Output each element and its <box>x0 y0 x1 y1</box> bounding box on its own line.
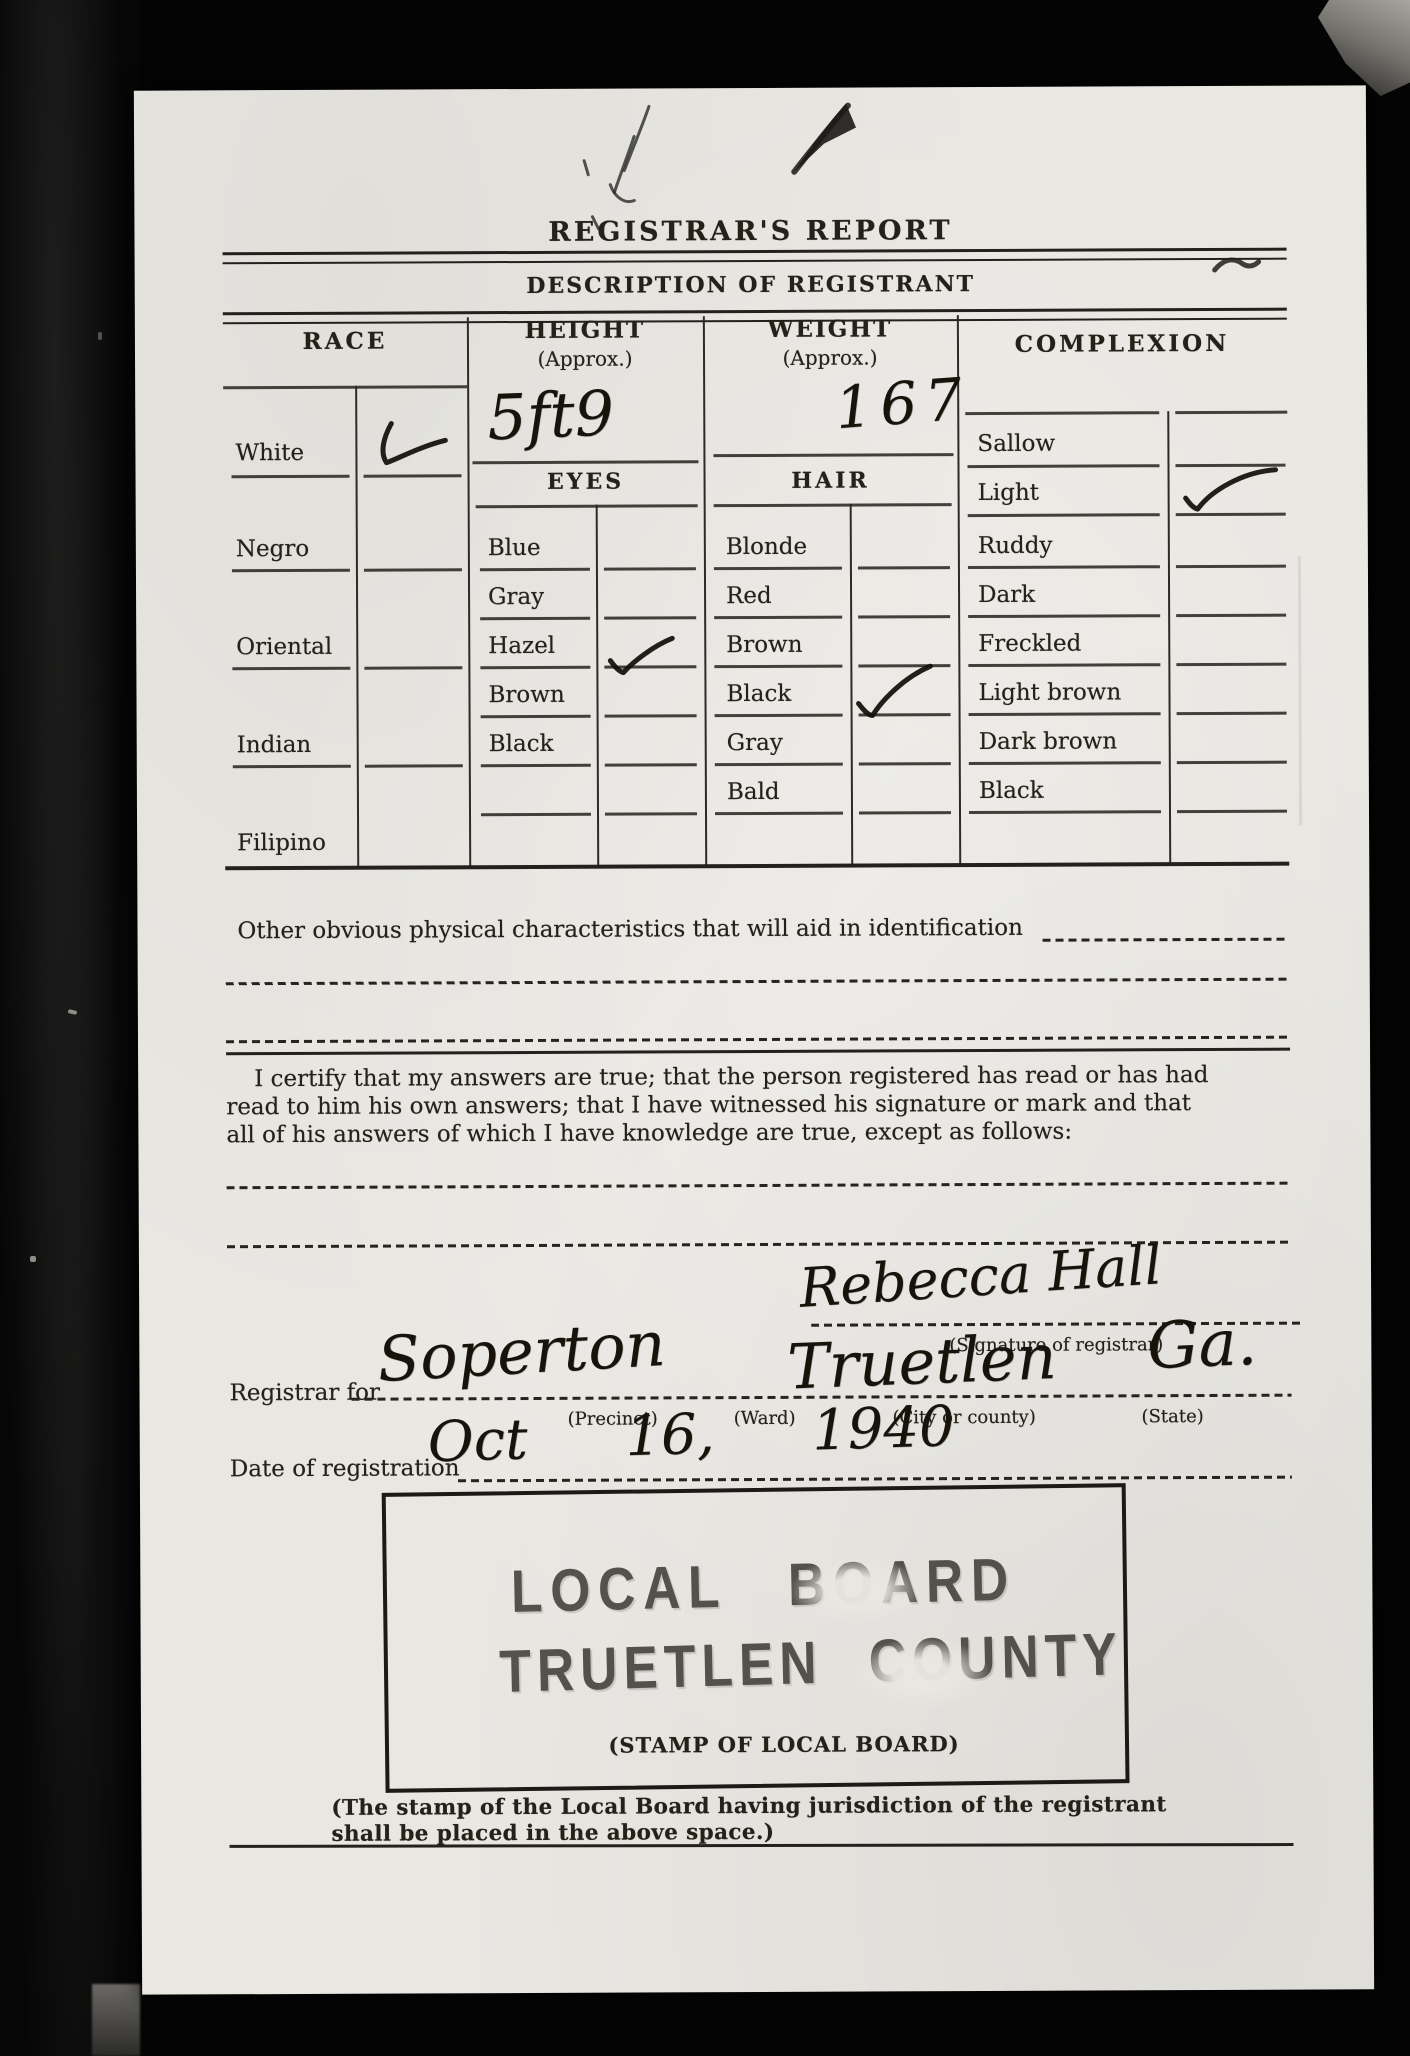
cell-line <box>714 665 842 669</box>
cell-line <box>1176 614 1286 617</box>
eyes-option-brown: Brown <box>488 682 564 708</box>
title-rule <box>223 248 1287 265</box>
cell-line <box>858 615 950 618</box>
other-characteristics-fill-line <box>1043 938 1288 942</box>
eyes-header-underline <box>476 504 698 508</box>
race-option-white: White <box>235 440 304 466</box>
cell-line <box>364 666 462 669</box>
certification-line: all of his answers of which I have knowl… <box>226 1119 1072 1149</box>
hair-option-black: Black <box>726 681 791 707</box>
complexion-option-light: Light <box>978 480 1040 506</box>
weight-header: WEIGHT <box>703 315 957 343</box>
complexion-option-light-brown: Light brown <box>978 679 1121 706</box>
cell-line <box>232 475 350 479</box>
cell-line <box>714 567 842 571</box>
race-check-divider <box>355 386 359 868</box>
height-approx-label: (Approx.) <box>467 346 703 371</box>
complexion-header: COMPLEXION <box>957 330 1287 358</box>
cell-line <box>715 763 843 767</box>
eyes-option-black: Black <box>489 731 554 757</box>
bottom-rule <box>230 1843 1294 1848</box>
cell-line <box>481 715 591 718</box>
race-option-indian: Indian <box>237 732 312 758</box>
stamp-fade-smudge <box>829 1625 1014 1724</box>
section-divider-rule <box>226 1048 1290 1056</box>
race-header: RACE <box>223 327 467 355</box>
light-complexion-checkmark <box>1177 462 1281 514</box>
cell-line <box>859 811 951 814</box>
cell-line <box>480 666 590 669</box>
eyes-option-blue: Blue <box>488 535 541 561</box>
cell-line <box>481 764 591 767</box>
hair-option-blonde: Blonde <box>726 534 807 560</box>
complexion-option-ruddy: Ruddy <box>978 533 1053 559</box>
cell-line <box>480 568 590 571</box>
hazel-checkmark <box>602 630 678 678</box>
cell-line <box>859 762 951 765</box>
complexion-header-underline <box>1175 411 1287 414</box>
complexion-option-sallow: Sallow <box>977 431 1055 457</box>
cell-line <box>968 565 1160 569</box>
eyes-option-hazel: Hazel <box>488 633 555 659</box>
other-characteristics-label: Other obvious physical characteristics t… <box>237 915 1022 944</box>
hair-option-bald: Bald <box>727 779 780 805</box>
precinct-handwriting: Soperton <box>376 1307 668 1396</box>
hair-option-gray: Gray <box>727 730 783 756</box>
eyes-option-gray: Gray <box>488 584 544 610</box>
cell-line <box>480 617 590 620</box>
cell-line <box>1177 810 1287 813</box>
race-header-underline <box>223 385 467 389</box>
table-divider <box>467 317 471 867</box>
weight-value-handwriting: 167 <box>833 364 972 442</box>
stamp-caption: (STAMP OF LOCAL BOARD) <box>414 1730 1154 1758</box>
page-title: REGISTRAR'S REPORT <box>134 213 1366 249</box>
cell-line <box>969 810 1161 814</box>
certification-line: read to him his own answers; that I have… <box>226 1090 1191 1120</box>
date-line <box>458 1476 1292 1483</box>
cell-line <box>968 663 1160 667</box>
stamp-note-line1: (The stamp of the Local Board having jur… <box>331 1792 1166 1821</box>
cell-line <box>605 714 697 717</box>
scanned-page: REGISTRAR'S REPORT DESCRIPTION OF REGIST… <box>0 0 1410 2056</box>
date-of-registration-label: Date of registration <box>230 1455 460 1482</box>
cell-line <box>481 813 591 816</box>
race-option-oriental: Oriental <box>236 634 332 660</box>
state-handwriting: Ga. <box>1146 1306 1258 1384</box>
cell-line <box>604 616 696 619</box>
weight-value-line <box>713 453 953 457</box>
registrar-report-card: REGISTRAR'S REPORT DESCRIPTION OF REGIST… <box>134 85 1374 1994</box>
complexion-option-freckled: Freckled <box>978 631 1081 657</box>
eyes-header: EYES <box>468 468 704 495</box>
cell-line <box>1176 565 1286 568</box>
cell-line <box>1176 663 1286 666</box>
scan-corner-smudge <box>92 1984 140 2056</box>
hair-option-brown: Brown <box>726 632 802 658</box>
hair-header-underline <box>714 503 952 507</box>
height-header: HEIGHT <box>467 316 703 344</box>
hair-header: HAIR <box>704 467 958 494</box>
answer-line <box>226 978 1290 986</box>
height-value-line <box>472 460 698 464</box>
answer-line <box>226 1036 1290 1044</box>
scan-corner-smudge <box>1318 0 1410 96</box>
scan-speck <box>98 332 102 340</box>
hair-option-red: Red <box>726 583 772 609</box>
exception-line <box>227 1182 1291 1190</box>
cell-line <box>968 513 1160 517</box>
date-handwriting: Oct 16, 1940 <box>427 1394 956 1475</box>
cell-line <box>232 667 350 671</box>
scan-speck <box>30 1256 36 1262</box>
cell-line <box>364 474 462 477</box>
registrar-signature-handwriting: Rebecca Hall <box>797 1233 1163 1320</box>
height-value-handwriting: 5ft9 <box>486 376 616 454</box>
city-county-handwriting: Truetlen <box>786 1320 1058 1404</box>
paper-crease <box>1298 556 1302 826</box>
cell-line <box>969 712 1161 716</box>
cell-line <box>605 812 697 815</box>
cell-line <box>968 614 1160 618</box>
stamp-note-line2: shall be placed in the above space.) <box>331 1820 774 1847</box>
complexion-option-black: Black <box>979 778 1044 804</box>
cell-line <box>967 464 1159 468</box>
section-heading: DESCRIPTION OF REGISTRANT <box>135 269 1367 300</box>
cell-line <box>858 566 950 569</box>
white-checkmark <box>373 417 455 471</box>
table-divider <box>703 316 707 866</box>
ink-blot <box>774 100 866 182</box>
complexion-check-divider <box>1167 411 1171 864</box>
race-option-filipino: Filipino <box>237 830 326 856</box>
race-option-negro: Negro <box>236 536 309 562</box>
cell-line <box>604 567 696 570</box>
cell-line <box>364 568 462 571</box>
cell-line <box>715 812 843 816</box>
certification-line: I certify that my answers are true; that… <box>254 1062 1208 1092</box>
cell-line <box>1177 761 1287 764</box>
registrar-for-label: Registrar for <box>229 1380 380 1407</box>
cell-line <box>233 765 351 769</box>
cell-line <box>605 763 697 766</box>
cell-line <box>232 569 350 573</box>
table-bottom-rule <box>225 862 1289 871</box>
weight-approx-label: (Approx.) <box>703 345 957 370</box>
cell-line <box>365 764 463 767</box>
complexion-option-dark-brown: Dark brown <box>979 728 1118 755</box>
scan-left-border <box>0 0 138 2056</box>
cell-line <box>714 616 842 620</box>
state-caption: (State) <box>1108 1406 1238 1428</box>
cell-line <box>1177 712 1287 715</box>
eyes-check-divider <box>596 505 600 867</box>
complexion-header-underline <box>965 411 1159 415</box>
black-hair-checkmark <box>850 663 938 721</box>
cell-line <box>969 761 1161 765</box>
complexion-option-dark: Dark <box>978 582 1035 608</box>
cell-line <box>715 714 843 718</box>
